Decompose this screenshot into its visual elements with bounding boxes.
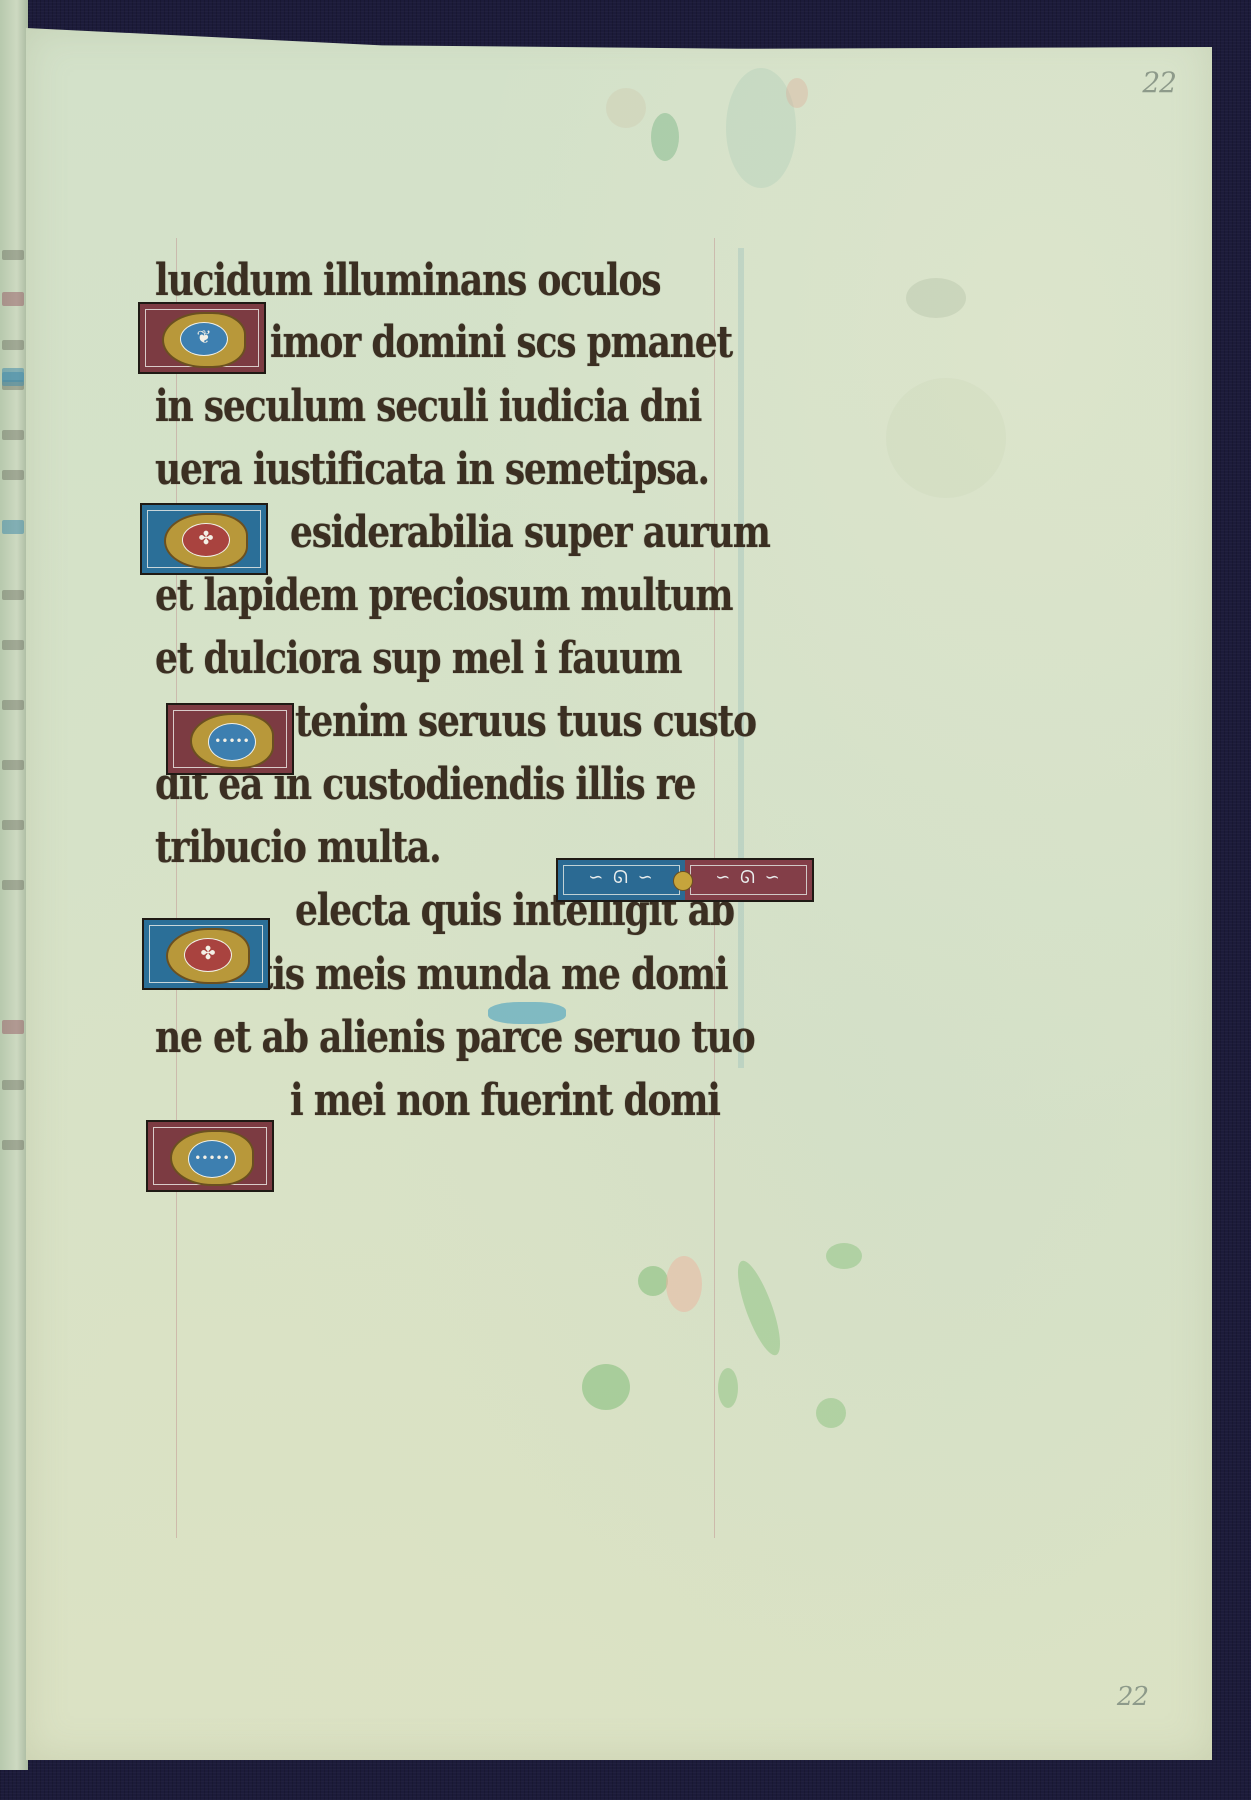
bleed-text <box>2 470 24 480</box>
faded-leaf-decoration <box>718 1368 738 1408</box>
bleed-text <box>2 640 24 650</box>
initial-gold-body: ✤ <box>164 513 248 569</box>
text-line: tribucio multa. <box>155 823 440 873</box>
initial-core: ❦ <box>180 322 228 356</box>
initial-core: ✤ <box>184 938 232 972</box>
illuminated-initial-t: ❦ <box>138 302 266 374</box>
bleed-filler <box>2 1020 24 1034</box>
line-filler: ∽ ᘏ ∽ ∽ ᘏ ∽ <box>556 858 814 902</box>
faded-flower-decoration <box>786 78 808 108</box>
swirl-ornament-icon: ∽ ᘏ ∽ <box>558 867 685 888</box>
faded-flower-decoration <box>666 1256 702 1312</box>
illuminated-initial-d-2: ✤ <box>142 918 270 990</box>
text-line: i mei non fuerint domi <box>290 1076 720 1126</box>
text-line: uera iustificata in semetipsa. <box>155 445 709 495</box>
bleed-text <box>2 1140 24 1150</box>
faded-flower-decoration <box>606 88 646 128</box>
faded-leaf-decoration <box>582 1364 630 1410</box>
bleed-text <box>2 430 24 440</box>
border-bar <box>738 248 744 1068</box>
stain <box>906 278 966 318</box>
faded-leaf-decoration <box>816 1398 846 1428</box>
bleed-text <box>2 250 24 260</box>
illuminated-initial-d: ✤ <box>140 503 268 575</box>
dot-ornament-icon: ••••• <box>189 1151 235 1165</box>
faded-leaf-decoration <box>638 1266 668 1296</box>
bleed-text <box>2 340 24 350</box>
initial-core: ••••• <box>188 1140 236 1178</box>
faded-leaf-decoration <box>651 113 679 161</box>
bleed-text <box>2 880 24 890</box>
folio-number-top: 22 <box>1142 66 1176 99</box>
text-line: et dulciora sup mel i fauum <box>155 634 681 684</box>
bleed-text <box>2 760 24 770</box>
text-line: ne et ab alienis parce seruo tuo <box>155 1013 754 1063</box>
line-filler-blue: ∽ ᘏ ∽ <box>558 860 685 900</box>
initial-gold-body: ✤ <box>166 928 250 984</box>
text-line: et lapidem preciosum multum <box>155 571 732 621</box>
faded-leaf-decoration <box>826 1243 862 1269</box>
dot-ornament-icon: ••••• <box>209 734 255 748</box>
text-line: tenim seruus tuus custo <box>295 697 756 747</box>
text-line: imor domini scs pmanet <box>270 318 732 368</box>
text-line: lucidum illuminans oculos <box>155 256 660 306</box>
initial-gold-body: ❦ <box>162 312 246 368</box>
initial-gold-body: ••••• <box>170 1130 254 1186</box>
text-line: in seculum seculi iudicia dni <box>155 382 701 432</box>
bleed-filler <box>2 520 24 534</box>
faded-stem-decoration <box>730 1257 789 1360</box>
faded-foliage-decoration <box>726 68 796 188</box>
initial-core: ••••• <box>208 723 256 761</box>
bleed-text <box>2 1080 24 1090</box>
initial-gold-body: ••••• <box>190 713 274 769</box>
folio-number-bottom: 22 <box>1117 1682 1148 1712</box>
bleed-text <box>2 590 24 600</box>
stain <box>886 378 1006 498</box>
initial-core: ✤ <box>182 523 230 557</box>
bleed-text <box>2 700 24 710</box>
bleed-filler <box>2 372 24 386</box>
flower-ornament-icon: ✤ <box>185 943 231 964</box>
line-filler-red: ∽ ᘏ ∽ <box>685 860 812 900</box>
bleed-initial <box>2 292 24 306</box>
flower-ornament-icon: ✤ <box>183 528 229 549</box>
illuminated-initial-s: ••••• <box>146 1120 274 1192</box>
text-line: esiderabilia super aurum <box>290 508 770 558</box>
blue-pigment-smudge <box>488 1002 566 1024</box>
gold-dot-ornament <box>673 871 693 891</box>
swirl-ornament-icon: ∽ ᘏ ∽ <box>685 867 812 888</box>
illuminated-initial-e: ••••• <box>166 703 294 775</box>
leaf-ornament-icon: ❦ <box>181 327 227 348</box>
ruling-line-left <box>176 238 177 1538</box>
adjacent-page-edge <box>0 0 28 1770</box>
bleed-text <box>2 820 24 830</box>
